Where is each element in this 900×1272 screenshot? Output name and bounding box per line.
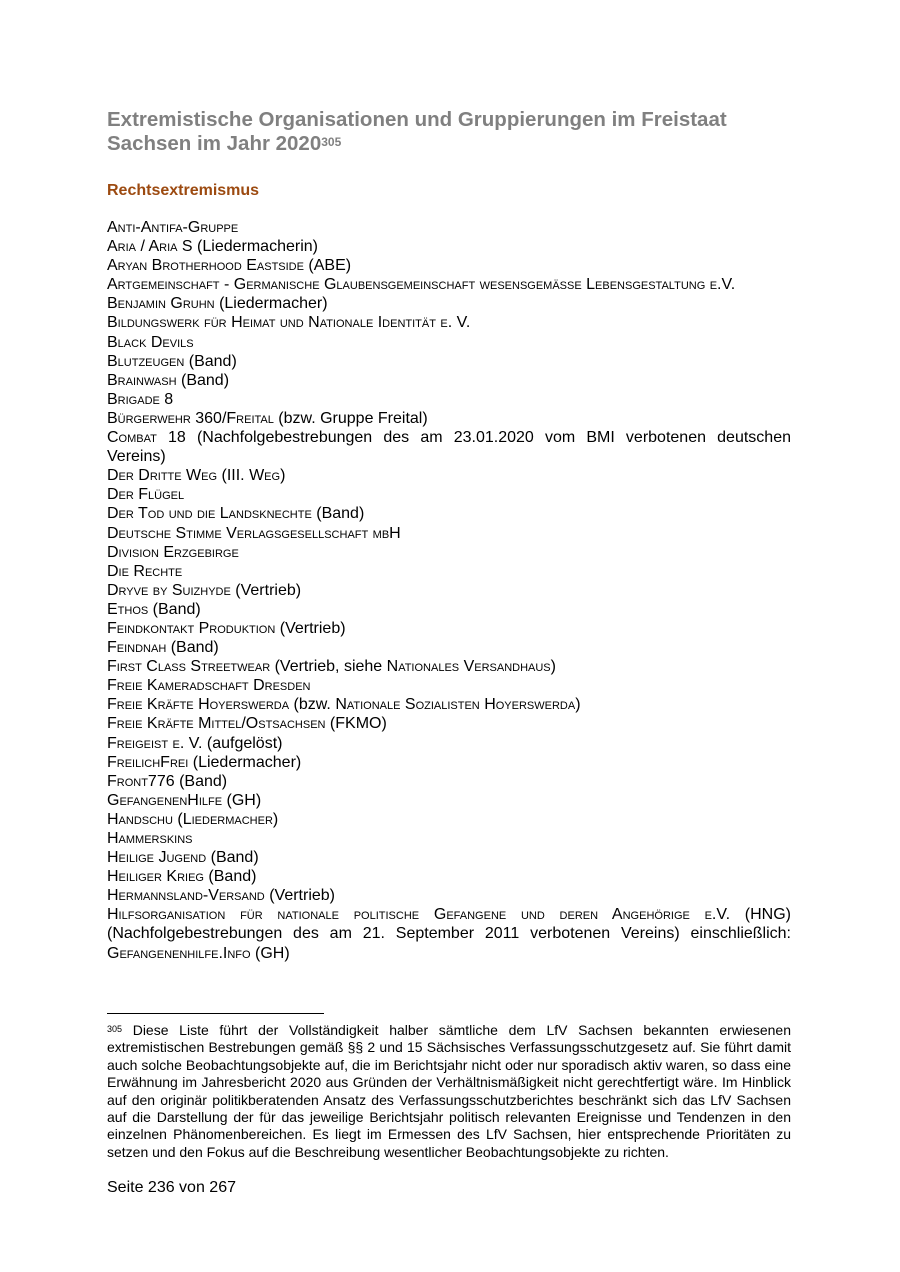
organization-name: Gefangenenhilfe.Info: [107, 945, 251, 962]
organization-name: Nationales Versandhaus: [387, 658, 551, 675]
footnote-text: Diese Liste führt der Vollständigkeit ha…: [107, 1022, 791, 1160]
organization-name: Freie Kräfte Hoyerswerda: [107, 696, 289, 713]
organization-note: (FKMO): [325, 715, 386, 732]
section-heading: Rechtsextremismus: [107, 181, 791, 201]
organization-note: (Vertrieb, siehe: [270, 658, 387, 675]
list-item: Bildungswerk für Heimat und Nationale Id…: [107, 313, 791, 332]
organization-name: GefangenenHilfe: [107, 792, 222, 809]
organization-note: (GH): [251, 945, 290, 962]
organization-name: Ethos: [107, 601, 148, 618]
list-item: Freie Kräfte Hoyerswerda (bzw. Nationale…: [107, 695, 791, 714]
organization-note: (Liedermacherin): [193, 238, 318, 255]
list-item: Brainwash (Band): [107, 371, 791, 390]
list-item: Freie Kräfte Mittel/Ostsachsen (FKMO): [107, 714, 791, 733]
organization-note: (Band): [166, 639, 218, 656]
title-line-1: Extremistische Organisationen und Gruppi…: [107, 108, 727, 131]
organization-name: Brigade 8: [107, 391, 173, 408]
list-item: Feindnah (Band): [107, 638, 791, 657]
organization-name: Feindkontakt Produktion: [107, 620, 275, 637]
list-item: Heiliger Krieg (Band): [107, 867, 791, 886]
list-item: Benjamin Gruhn (Liedermacher): [107, 294, 791, 313]
organization-note: (aufgelöst): [202, 735, 282, 752]
organization-name: Benjamin Gruhn: [107, 295, 215, 312]
list-item: Division Erzgebirge: [107, 543, 791, 562]
organization-note: (Liedermacher): [215, 295, 328, 312]
footnote: 305 Diese Liste führt der Vollständigkei…: [107, 1022, 791, 1161]
organization-note: (III.: [217, 467, 249, 484]
list-item: Heilige Jugend (Band): [107, 848, 791, 867]
organization-name: First Class Streetwear: [107, 658, 270, 675]
list-item: Aryan Brotherhood Eastside (ABE): [107, 256, 791, 275]
list-item: FreilichFrei (Liedermacher): [107, 753, 791, 772]
list-item: Deutsche Stimme Verlagsgesellschaft mbH: [107, 524, 791, 543]
organization-note: (bzw.: [289, 696, 335, 713]
organization-name: Freie Kräfte Mittel/Ostsachsen: [107, 715, 325, 732]
list-item: Brigade 8: [107, 390, 791, 409]
organization-name: Der Dritte Weg: [107, 467, 217, 484]
list-item: Artgemeinschaft - Germanische Glaubensge…: [107, 275, 791, 294]
organization-note: (GH): [222, 792, 261, 809]
list-item: Dryve by Suizhyde (Vertrieb): [107, 581, 791, 600]
organization-note: (Band): [312, 505, 364, 522]
organization-name: Artgemeinschaft - Germanische Glaubensge…: [107, 276, 735, 293]
list-item: Front776 (Band): [107, 772, 791, 791]
organization-name: Black Devils: [107, 334, 194, 351]
list-item: Blutzeugen (Band): [107, 352, 791, 371]
organization-note: (ABE): [304, 257, 351, 274]
organization-name: Hammerskins: [107, 830, 193, 847]
list-item: Ethos (Band): [107, 600, 791, 619]
organization-name: Weg: [249, 467, 280, 484]
list-item: GefangenenHilfe (GH): [107, 791, 791, 810]
list-item: Hammerskins: [107, 829, 791, 848]
page-content: Extremistische Organisationen und Gruppi…: [107, 108, 791, 963]
list-item: First Class Streetwear (Vertrieb, siehe …: [107, 657, 791, 676]
title-line-2: Sachsen im Jahr 2020: [107, 132, 321, 155]
organization-name: Hermannsland-Versand: [107, 887, 265, 904]
list-item: Anti-Antifa-Gruppe: [107, 218, 791, 237]
organization-name: Die Rechte: [107, 563, 182, 580]
list-item: Der Tod und die Landsknechte (Band): [107, 504, 791, 523]
organization-name: Heilige Jugend: [107, 849, 206, 866]
organization-name: Anti-Antifa-Gruppe: [107, 219, 238, 236]
organization-name: Combat: [107, 429, 157, 446]
organization-name: Hilfsorganisation für nationale politisc…: [107, 906, 730, 923]
organization-name: Heiliger Krieg: [107, 868, 204, 885]
organization-name: FreilichFrei: [107, 754, 188, 771]
list-item: Der Flügel: [107, 485, 791, 504]
organization-note: (Vertrieb): [231, 582, 301, 599]
organization-name: Bildungswerk für Heimat und Nationale Id…: [107, 314, 470, 331]
footnote-reference[interactable]: 305: [321, 135, 341, 149]
organization-name: Deutsche Stimme Verlagsgesellschaft mbH: [107, 525, 401, 542]
list-item: Freigeist e. V. (aufgelöst): [107, 734, 791, 753]
organization-note: (Band): [177, 372, 229, 389]
organization-name: Freigeist e. V.: [107, 735, 202, 752]
organization-note: ): [551, 658, 556, 675]
document-title: Extremistische Organisationen und Gruppi…: [107, 108, 791, 156]
list-item: Combat 18 (Nachfolgebestrebungen des am …: [107, 428, 791, 466]
list-item: Hilfsorganisation für nationale politisc…: [107, 905, 791, 962]
organization-name: Aryan Brotherhood Eastside: [107, 257, 304, 274]
page-number: Seite 236 von 267: [107, 1178, 236, 1198]
organization-name: Bürgerwehr 360/Freital: [107, 410, 274, 427]
organization-note: (Band): [206, 849, 258, 866]
organization-name: Brainwash: [107, 372, 177, 389]
list-item: Der Dritte Weg (III. Weg): [107, 466, 791, 485]
footnote-number: 305: [107, 1024, 122, 1034]
organization-name: Der Tod und die Landsknechte: [107, 505, 312, 522]
list-item: Aria / Aria S (Liedermacherin): [107, 237, 791, 256]
organization-note: ): [575, 696, 580, 713]
organization-note: (Vertrieb): [265, 887, 335, 904]
list-item: Bürgerwehr 360/Freital (bzw. Gruppe Frei…: [107, 409, 791, 428]
organization-name: Dryve by Suizhyde: [107, 582, 231, 599]
organization-note: (bzw. Gruppe Freital): [274, 410, 428, 427]
organization-name: Handschu (Liedermacher): [107, 811, 278, 828]
organization-note: (Band): [184, 353, 236, 370]
list-item: Handschu (Liedermacher): [107, 810, 791, 829]
organization-name: Freie Kameradschaft Dresden: [107, 677, 310, 694]
organization-note: (Liedermacher): [188, 754, 301, 771]
organization-note: (Vertrieb): [275, 620, 345, 637]
list-item: Hermannsland-Versand (Vertrieb): [107, 886, 791, 905]
organization-name: Division Erzgebirge: [107, 544, 239, 561]
organization-note: (Band): [204, 868, 256, 885]
list-item: Freie Kameradschaft Dresden: [107, 676, 791, 695]
organization-name: Nationale Sozialisten Hoyerswerda: [335, 696, 575, 713]
organization-list: Anti-Antifa-GruppeAria / Aria S (Liederm…: [107, 218, 791, 963]
organization-note: 18 (Nachfolgebestrebungen des am 23.01.2…: [107, 429, 791, 465]
list-item: Die Rechte: [107, 562, 791, 581]
list-item: Black Devils: [107, 333, 791, 352]
footnote-separator: [107, 1013, 324, 1014]
organization-name: Blutzeugen: [107, 353, 184, 370]
list-item: Feindkontakt Produktion (Vertrieb): [107, 619, 791, 638]
organization-name: Front776: [107, 773, 175, 790]
organization-name: Der Flügel: [107, 486, 184, 503]
organization-note: ): [280, 467, 285, 484]
organization-name: Feindnah: [107, 639, 166, 656]
organization-note: (Band): [175, 773, 227, 790]
organization-name: Aria / Aria S: [107, 238, 193, 255]
organization-note: (Band): [148, 601, 200, 618]
